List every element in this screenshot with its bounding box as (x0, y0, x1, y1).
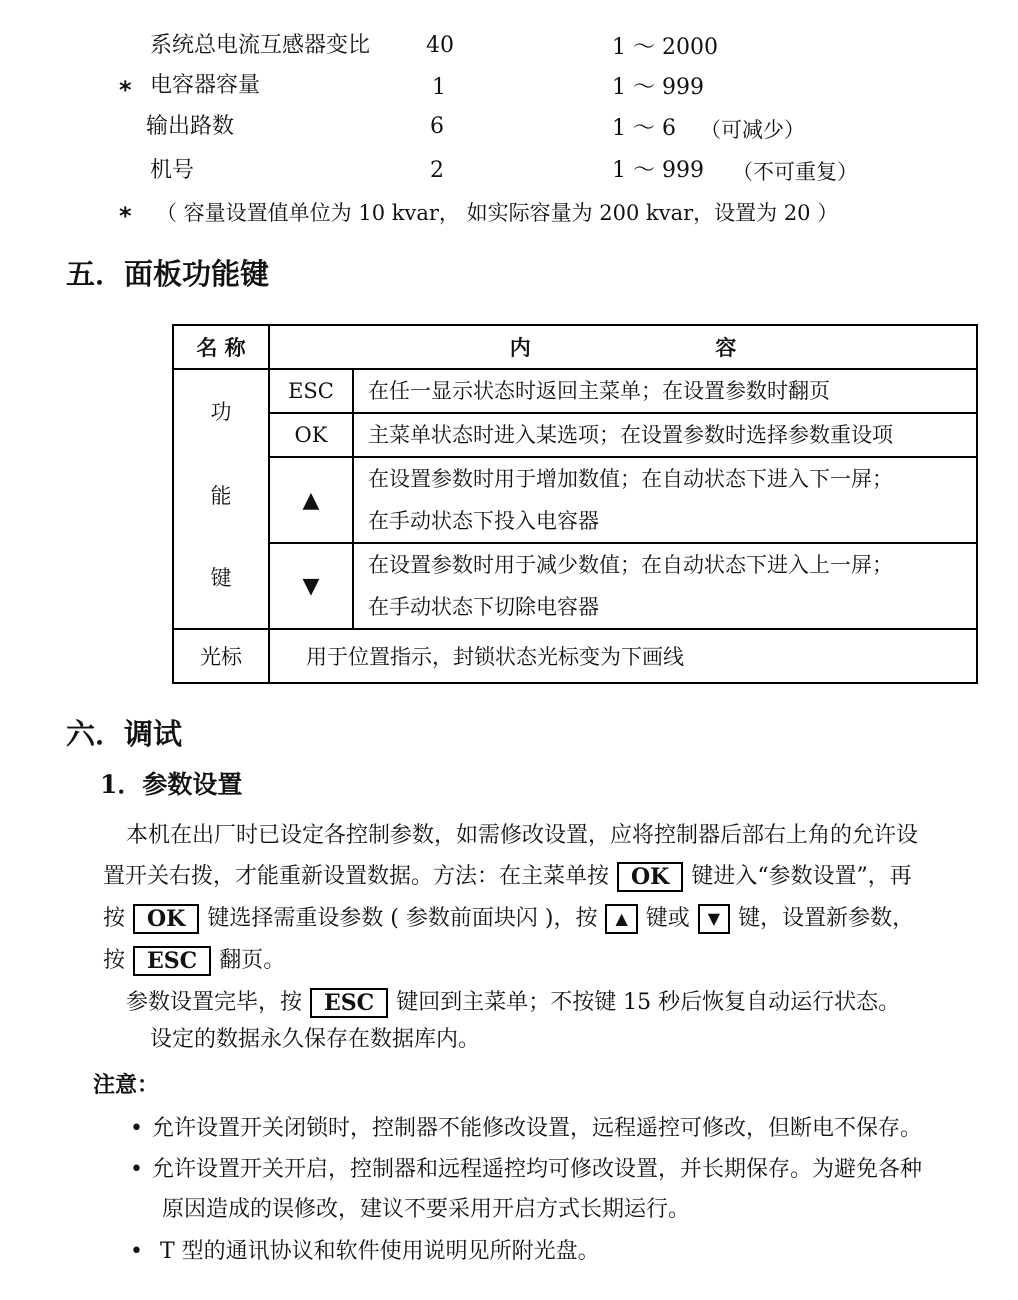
param-value: 1 (432, 74, 446, 102)
param-note: （不可重复） (732, 158, 858, 186)
description-line: 在手动状态下切除电容器 (368, 586, 976, 628)
description-line: 在设置参数时用于减少数值；在自动状态下进入上一屏； (368, 544, 976, 586)
param-note: （可减少） (700, 116, 805, 144)
bullet-icon: • (130, 1238, 143, 1266)
group-char: 键 (174, 562, 268, 592)
header-content-left: 内 (510, 335, 531, 360)
key-up-triangle-icon: ▲ (269, 457, 353, 543)
description-line: 在设置参数时用于增加数值；在自动状态下进入下一屏； (368, 458, 976, 500)
function-key-table: 名 称 内 容 功 能 键 ESC 在任一显示状态时返回主菜单；在设置参数时翻页… (172, 324, 978, 684)
param-range: 1 ～ 999 (612, 74, 704, 102)
text: 键或 (646, 906, 690, 931)
param-value: 6 (430, 113, 444, 141)
text: 键回到主菜单；不按键 15 秒后恢复自动运行状态。 (396, 990, 900, 1015)
text: 按 (103, 906, 125, 931)
param-name: 输出路数 (146, 113, 234, 141)
param-range: 1 ～ 999 (612, 157, 704, 185)
ok-key-label: OK (133, 904, 199, 934)
section-title: 五．面板功能键 (66, 256, 269, 292)
key-description: 主菜单状态时进入某选项；在设置参数时选择参数重设项 (353, 413, 977, 457)
key-down-triangle-icon: ▼ (269, 543, 353, 629)
text: 键进入“参数设置”，再 (691, 864, 912, 889)
esc-key-label: ESC (133, 946, 211, 976)
down-triangle-icon: ▼ (698, 904, 730, 934)
table-row: ▼ 在设置参数时用于减少数值；在自动状态下进入上一屏； 在手动状态下切除电容器 (173, 543, 977, 629)
table-row: 功 能 键 ESC 在任一显示状态时返回主菜单；在设置参数时翻页 (173, 369, 977, 413)
param-name: 电容器容量 (150, 72, 260, 100)
table-header-row: 名 称 内 容 (173, 325, 977, 369)
group-char: 功 (174, 396, 268, 426)
paragraph-line: 置开关右拨，才能重新设置数据。方法：在主菜单按OK键进入“参数设置”，再 (103, 862, 912, 892)
subsection-title: 1．参数设置 (100, 769, 242, 801)
ok-key-label: OK (617, 862, 683, 892)
text: 翻页。 (219, 948, 285, 973)
note-line: T 型的通讯协议和软件使用说明见所附光盘。 (160, 1238, 600, 1266)
text: 按 (103, 948, 125, 973)
footnote-text: （ 容量设置值单位为 10 kvar， 如实际容量为 200 kvar，设置为 … (156, 199, 838, 227)
text: 键，设置新参数， (738, 906, 914, 931)
table-row: OK 主菜单状态时进入某选项；在设置参数时选择参数重设项 (173, 413, 977, 457)
cursor-label: 光标 (173, 629, 269, 683)
esc-key-label: ESC (310, 988, 388, 1018)
group-char: 能 (174, 480, 268, 510)
param-name: 机号 (150, 157, 194, 185)
param-range: 1 ～ 6 (612, 115, 676, 143)
paragraph-line: 按ESC翻页。 (103, 946, 285, 976)
header-content: 内 容 (269, 325, 977, 369)
param-value: 40 (426, 32, 454, 60)
text: 键选择需重设参数 ( 参数前面块闪 )，按 (207, 906, 597, 931)
note-line: 允许设置开关开启，控制器和远程遥控均可修改设置，并长期保存。为避免各种 (152, 1156, 922, 1184)
section-title: 六．调试 (66, 716, 182, 752)
param-value: 2 (430, 157, 444, 185)
key-description: 在任一显示状态时返回主菜单；在设置参数时翻页 (353, 369, 977, 413)
header-name: 名 称 (173, 325, 269, 369)
group-label-function-keys: 功 能 键 (173, 369, 269, 629)
paragraph-line: 按OK键选择需重设参数 ( 参数前面块闪 )，按▲键或▼键，设置新参数， (103, 904, 914, 934)
bullet-icon: • (130, 1115, 143, 1143)
text: 参数设置完毕，按 (126, 990, 302, 1015)
paragraph-line: 参数设置完毕，按ESC键回到主菜单；不按键 15 秒后恢复自动运行状态。 (126, 988, 900, 1018)
key-ok: OK (269, 413, 353, 457)
text: 置开关右拨，才能重新设置数据。方法：在主菜单按 (103, 864, 609, 889)
param-name: 系统总电流互感器变比 (150, 32, 370, 60)
table-row: ▲ 在设置参数时用于增加数值；在自动状态下进入下一屏； 在手动状态下投入电容器 (173, 457, 977, 543)
asterisk-icon: * (119, 202, 132, 230)
header-content-right: 容 (715, 335, 736, 360)
asterisk-icon: * (119, 76, 132, 104)
param-range: 1 ～ 2000 (612, 34, 718, 62)
up-triangle-icon: ▲ (605, 904, 637, 934)
paragraph-line: 设定的数据永久保存在数据库内。 (150, 1026, 480, 1054)
key-esc: ESC (269, 369, 353, 413)
paragraph-line: 本机在出厂时已设定各控制参数，如需修改设置，应将控制器后部右上角的允许设 (126, 822, 918, 850)
note-line: 允许设置开关闭锁时，控制器不能修改设置，远程遥控可修改，但断电不保存。 (152, 1115, 922, 1143)
key-description: 在设置参数时用于减少数值；在自动状态下进入上一屏； 在手动状态下切除电容器 (353, 543, 977, 629)
notes-title: 注意： (93, 1071, 159, 1099)
table-row-cursor: 光标 用于位置指示，封锁状态光标变为下画线 (173, 629, 977, 683)
bullet-icon: • (130, 1156, 143, 1184)
key-description: 在设置参数时用于增加数值；在自动状态下进入下一屏； 在手动状态下投入电容器 (353, 457, 977, 543)
cursor-description: 用于位置指示，封锁状态光标变为下画线 (269, 629, 977, 683)
description-line: 在手动状态下投入电容器 (368, 500, 976, 542)
note-line: 原因造成的误修改，建议不要采用开启方式长期运行。 (162, 1196, 690, 1224)
